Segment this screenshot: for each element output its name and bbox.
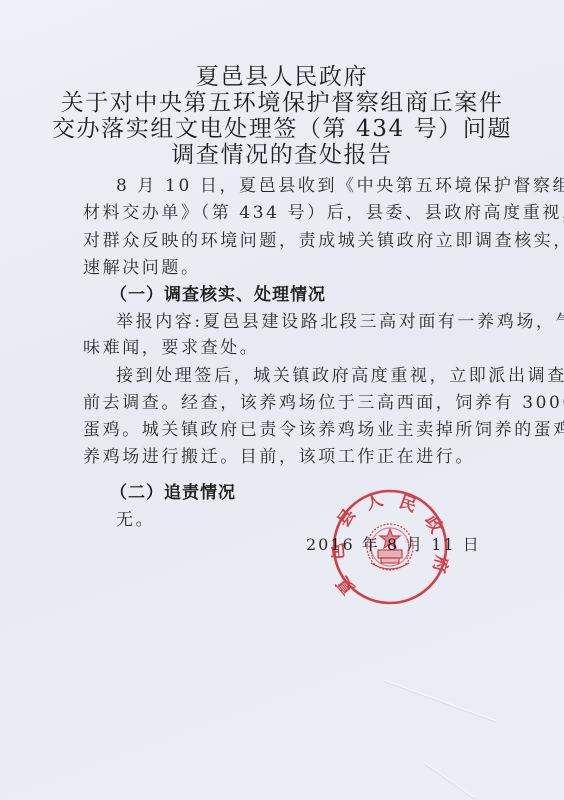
title-line-2: 关于对中央第五环境保护督察组商丘案件 (0, 90, 564, 116)
paper-crease (383, 680, 496, 722)
intro-line: 材料交办单》（第 434 号）后，县委、县政府高度重视，针 (83, 203, 564, 223)
paper-crease (425, 763, 475, 798)
title-line-issuer: 夏邑县人民政府 (0, 64, 564, 90)
section-heading-investigation: （一）调查核实、处理情况 (110, 285, 326, 305)
national-emblem-icon (367, 524, 413, 570)
seal-char: 夏 (332, 572, 359, 599)
seal-char: 民 (396, 492, 419, 517)
title-line-4: 调查情况的查处报告 (0, 142, 564, 168)
accountability-content: 无。 (116, 510, 155, 530)
report-line: 味难闻，要求查处。 (83, 338, 259, 358)
section-heading-accountability: （二）追责情况 (110, 483, 236, 503)
seal-char: 府 (428, 553, 449, 575)
intro-line: 8 月 10 日，夏邑县收到《中央第五环境保护督察组转办 (116, 176, 564, 196)
seal-char: 人 (363, 490, 386, 515)
handling-line: 前去调查。经查，该养鸡场位于三高西面，饲养有 3000 只 (83, 393, 564, 413)
seal-ring-text: 夏 邑 县 人 民 政 府 (331, 490, 449, 599)
handling-line: 蛋鸡。城关镇政府已责令该养鸡场业主卖掉所饲养的蛋鸡， (83, 420, 564, 440)
title-line-3: 交办落实组文电处理签（第 434 号）问题 (0, 116, 564, 142)
intro-line: 对群众反映的环境问题，责成城关镇政府立即调查核实，迅 (83, 231, 564, 251)
report-line: 举报内容:夏邑县建设路北段三高对面有一养鸡场，气 (116, 312, 564, 332)
official-seal: 夏 邑 县 人 民 政 府 (331, 487, 449, 607)
seal-char: 邑 (331, 542, 349, 561)
handling-line: 接到处理签后，城关镇政府高度重视，立即派出调查组 (116, 366, 564, 386)
intro-line: 速解决问题。 (83, 258, 201, 278)
handling-line: 养鸡场进行搬迁。目前，该项工作正在进行。 (83, 447, 475, 467)
document-page: 夏邑县人民政府 关于对中央第五环境保护督察组商丘案件 交办落实组文电处理签（第 … (0, 0, 564, 800)
